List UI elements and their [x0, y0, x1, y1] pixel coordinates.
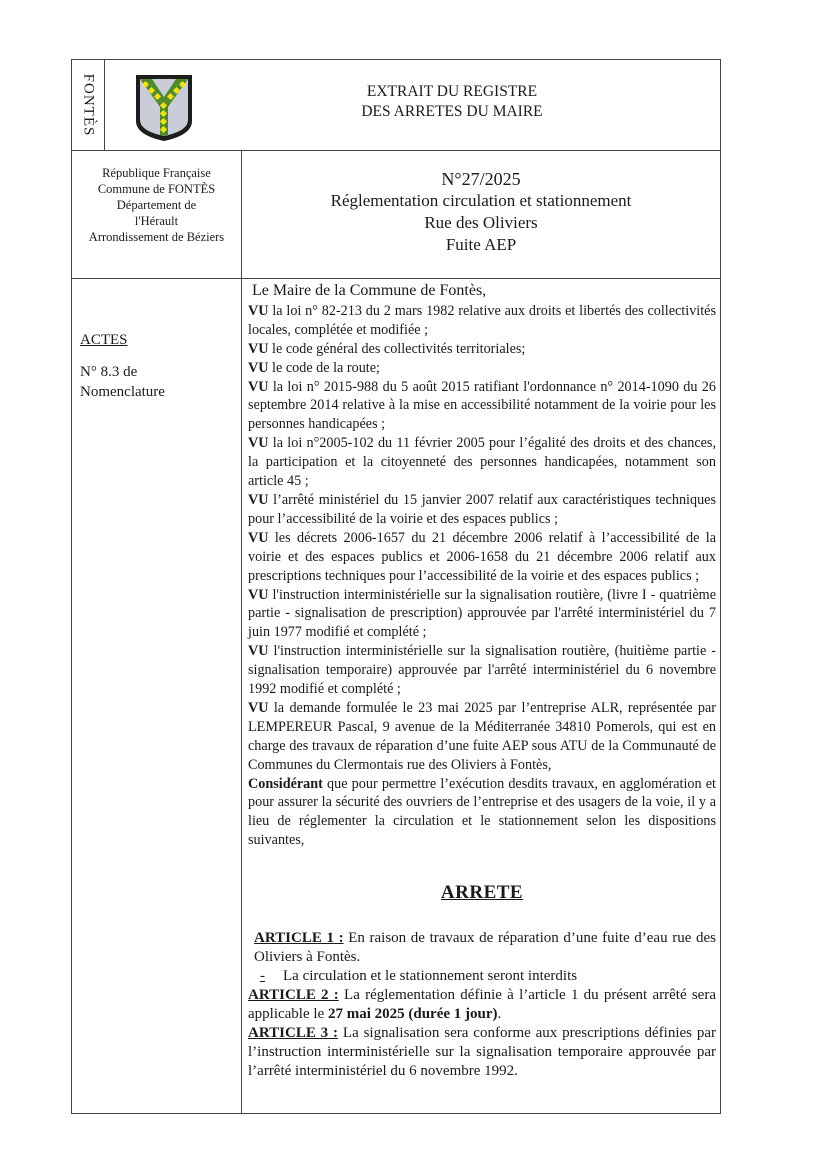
- vu-item: VU la loi n°2005-102 du 11 février 2005 …: [248, 434, 716, 491]
- authority-line: Commune de FONTÈS: [72, 181, 241, 197]
- commune-vertical-label: FONTÈS: [72, 60, 105, 150]
- considerant-paragraph: Considérant que pour permettre l’exécuti…: [248, 775, 716, 851]
- vu-text: la loi n° 82-213 du 2 mars 1982 relative…: [248, 303, 716, 338]
- actes-label: ACTES: [80, 330, 235, 350]
- mayor-intro: Le Maire de la Commune de Fontès,: [248, 282, 716, 301]
- article-1: ARTICLE 1 : En raison de travaux de répa…: [248, 929, 716, 986]
- vu-text: l'instruction interministérielle sur la …: [248, 587, 716, 641]
- article-3-label: ARTICLE 3 :: [248, 1025, 338, 1041]
- vu-label: VU: [248, 360, 269, 376]
- vu-item: VU l'instruction interministérielle sur …: [248, 586, 716, 643]
- authority-block: République Française Commune de FONTÈS D…: [72, 165, 241, 245]
- bullet-dash: -: [260, 968, 265, 984]
- article-2-date: 27 mai 2025 (durée 1 jour): [328, 1006, 498, 1022]
- vu-label: VU: [248, 643, 269, 659]
- considerant-label: Considérant: [248, 776, 323, 792]
- document-header: FONTÈS EXTRAIT DU REGIST: [72, 60, 720, 151]
- vu-text: la loi n° 2015-988 du 5 août 2015 ratifi…: [248, 379, 716, 433]
- vu-text: les décrets 2006-1657 du 21 décembre 200…: [248, 530, 716, 584]
- decision-title: ARRETE: [248, 884, 716, 903]
- vu-item: VU la loi n° 2015-988 du 5 août 2015 rat…: [248, 378, 716, 435]
- article-3: ARTICLE 3 : La signalisation sera confor…: [248, 1024, 716, 1081]
- article-1-label: ARTICLE 1 :: [254, 930, 344, 946]
- vu-label: VU: [248, 587, 269, 603]
- article-2-end: .: [498, 1006, 502, 1022]
- vu-text: la demande formulée le 23 mai 2025 par l…: [248, 700, 716, 773]
- vu-item: VU les décrets 2006-1657 du 21 décembre …: [248, 529, 716, 586]
- vu-item: VU l'instruction interministérielle sur …: [248, 642, 716, 699]
- authority-line: l'Hérault: [72, 213, 241, 229]
- article-2: ARTICLE 2 : La réglementation définie à …: [248, 986, 716, 1024]
- vu-label: VU: [248, 700, 269, 716]
- vu-label: VU: [248, 303, 269, 319]
- document-info-row: République Française Commune de FONTÈS D…: [72, 150, 720, 279]
- vu-item: VU le code de la route;: [248, 359, 716, 378]
- authority-line: République Française: [72, 165, 241, 181]
- vu-text: le code général des collectivités territ…: [269, 341, 526, 357]
- authority-line: Département de: [72, 197, 241, 213]
- register-title-line1: EXTRAIT DU REGISTRE: [252, 82, 652, 102]
- vu-label: VU: [248, 379, 269, 395]
- arrete-street: Rue des Oliviers: [242, 212, 720, 234]
- register-title-line2: DES ARRETES DU MAIRE: [252, 102, 652, 122]
- vu-text: l’arrêté ministériel du 15 janvier 2007 …: [248, 492, 716, 527]
- arrete-reason: Fuite AEP: [242, 234, 720, 256]
- authority-line: Arrondissement de Béziers: [72, 229, 241, 245]
- nomenclature-line: Nomenclature: [80, 382, 235, 402]
- article-2-label: ARTICLE 2 :: [248, 987, 339, 1003]
- article-1-bullet: -La circulation et le stationnement sero…: [254, 968, 577, 984]
- vu-label: VU: [248, 492, 269, 508]
- considerations-list: VU la loi n° 82-213 du 2 mars 1982 relat…: [248, 302, 716, 775]
- document-frame: FONTÈS EXTRAIT DU REGIST: [71, 59, 721, 1114]
- vu-item: VU la demande formulée le 23 mai 2025 pa…: [248, 699, 716, 775]
- arrete-number: N°27/2025: [242, 168, 720, 190]
- nomenclature-line: N° 8.3 de: [80, 362, 235, 382]
- article-1-bullet-text: La circulation et le stationnement seron…: [283, 968, 577, 984]
- arrete-body: Le Maire de la Commune de Fontès, VU la …: [248, 282, 716, 1081]
- vu-item: VU la loi n° 82-213 du 2 mars 1982 relat…: [248, 302, 716, 340]
- vu-item: VU le code général des collectivités ter…: [248, 340, 716, 359]
- side-notes: ACTES N° 8.3 de Nomenclature: [80, 330, 235, 402]
- arrete-heading: N°27/2025 Réglementation circulation et …: [242, 168, 720, 256]
- vu-item: VU l’arrêté ministériel du 15 janvier 20…: [248, 491, 716, 529]
- commune-vertical-text: FONTÈS: [80, 74, 97, 137]
- vu-text: l'instruction interministérielle sur la …: [248, 643, 716, 697]
- vu-label: VU: [248, 435, 269, 451]
- vu-label: VU: [248, 530, 269, 546]
- vu-label: VU: [248, 341, 269, 357]
- column-divider: [241, 150, 242, 1114]
- vu-text: la loi n°2005-102 du 11 février 2005 pou…: [248, 435, 716, 489]
- register-title: EXTRAIT DU REGISTRE DES ARRETES DU MAIRE: [252, 82, 652, 122]
- coat-of-arms-icon: [134, 73, 194, 143]
- vu-text: le code de la route;: [269, 360, 380, 376]
- arrete-subject: Réglementation circulation et stationnem…: [242, 190, 720, 212]
